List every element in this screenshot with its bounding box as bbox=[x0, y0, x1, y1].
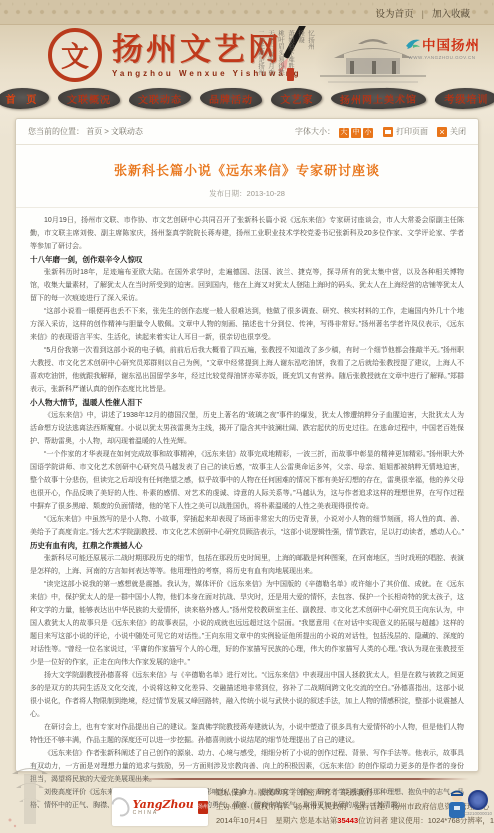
site-header: 文 扬州文艺网 Yangzhou Wenxue Yishuwang 忆扬州徐凝萧… bbox=[0, 24, 494, 88]
visitor-prefix: 您是本站第 bbox=[300, 816, 338, 825]
topbar-links: 设为首页|加入收藏 bbox=[372, 6, 475, 20]
pagoda-ink-sketch-icon bbox=[2, 754, 58, 832]
poem-column-2: 徐凝 bbox=[296, 30, 305, 92]
add-favorite-link[interactable]: 加入收藏 bbox=[432, 9, 470, 20]
yangzhou-china-logo-text: YangZhou CHINA bbox=[133, 799, 194, 816]
china-yangzhou-url: WWW.YANGZHOU.GOV.CN bbox=[404, 55, 480, 60]
page: 设为首页|加入收藏 文 扬州文艺网 Yangzhou Wenxue Yishuw… bbox=[0, 0, 494, 833]
footer-link-4[interactable]: 联系我们 bbox=[342, 788, 372, 797]
close-button[interactable]: 关闭 bbox=[450, 119, 466, 144]
article-paragraph-11: 张新科尽可能还原展示二战时期那段历史的细节，包括在那段历史时间里，上海的邮戳是何… bbox=[30, 552, 464, 578]
location-label: 您当前的位置： bbox=[28, 127, 84, 136]
security-badge[interactable]: C3210000010 bbox=[464, 790, 492, 816]
footer-org: 主办单位（版权所有）：扬州市人民政府 bbox=[216, 802, 347, 811]
article-paragraph-8: “一个作家的才华表现在如何完成故事和故事精神，《远东来信》故事完成地精彩，一波三… bbox=[30, 448, 464, 513]
font-size-button-3[interactable]: 小 bbox=[363, 128, 373, 138]
yangzhou-logo-word: YangZhou bbox=[133, 799, 194, 810]
section-heading-6: 小人物大情节，温暖人性催人泪下 bbox=[30, 396, 464, 409]
yangzhou-china-logo: YangZhou CHINA 扬州 bbox=[112, 788, 208, 826]
section-heading-2: 十八年磨一剑，创作艰辛令人惊叹 bbox=[30, 253, 464, 266]
breadcrumb: 您当前的位置： 首页>文联动态 bbox=[28, 119, 143, 144]
footer-org-line: 主办单位（版权所有）：扬州市人民政府 运行管理：扬州市政府信息资源管理中心 苏I… bbox=[216, 800, 442, 814]
logo-seal-icon: 文 bbox=[48, 28, 102, 82]
breadcrumb-separator: > bbox=[104, 127, 109, 136]
poem-column-6: 二分无赖是扬州 bbox=[256, 30, 265, 92]
main-nav: 首 页文联概况文联动态品牌活动文艺家扬州网上美术馆考级培训 bbox=[0, 88, 494, 109]
security-badge-icon bbox=[468, 790, 488, 810]
publish-date: 发布日期：2013-10-28 bbox=[16, 188, 478, 208]
china-yangzhou-row: 中国扬州 bbox=[404, 34, 480, 54]
logo-seal-character: 文 bbox=[61, 35, 89, 75]
visitor-counter: 35443 bbox=[337, 816, 358, 825]
article-paragraph-14: 在研讨会上，也有专家对作品提出自己的建议。鉴真佛学院教授蒋寿建就认为，小说中塑造… bbox=[30, 721, 464, 747]
swallow-bridge-icon bbox=[404, 36, 422, 52]
poem-calligraphy: 忆扬州徐凝萧娘脸下难胜泪桃叶眉头易得愁天下三分明月夜二分无赖是扬州 bbox=[255, 30, 316, 92]
china-yangzhou-logo[interactable]: 中国扬州 WWW.YANGZHOU.GOV.CN bbox=[404, 34, 480, 60]
footer-link-3[interactable]: 保密声明 bbox=[300, 788, 330, 797]
footer-date: 2014年10月4日 星期六 bbox=[216, 816, 298, 825]
poem-column-4: 桃叶眉头易得愁 bbox=[276, 30, 285, 92]
font-size-button-1[interactable]: 大 bbox=[339, 128, 349, 138]
print-page-button[interactable]: 打印页面 bbox=[396, 119, 428, 144]
article-title: 张新科长篇小说《远东来信》专家研讨座谈 bbox=[16, 160, 478, 179]
nav-item-2[interactable]: 文联概况 bbox=[58, 88, 120, 109]
font-size-buttons: 大中小 bbox=[338, 119, 374, 144]
footer-link-separator: | bbox=[335, 788, 337, 797]
article-paragraph-7: 《远东来信》中，讲述了1938年12月的德国汉堡，历史上著名的“玻璃之夜”事件的… bbox=[30, 409, 464, 448]
close-icon[interactable] bbox=[437, 127, 447, 137]
nav-item-6[interactable]: 扬州网上美术馆 bbox=[331, 88, 426, 110]
poem-seal-stamp bbox=[287, 68, 294, 81]
article-paragraph-9: “《远东来信》中虽然写的是小人物、小故事，穿插起来却表现了场面非常宏大的历史背景… bbox=[30, 513, 464, 539]
print-icon[interactable] bbox=[383, 127, 393, 137]
article-paragraph-1: 10月19日，扬州市文联、市作协、市文艺创研中心共同召开了张新科长篇小说《远东来… bbox=[30, 214, 464, 253]
footer-link-1[interactable]: 隐私保护 bbox=[216, 788, 246, 797]
toolbar-row: 您当前的位置： 首页>文联动态 字体大小： 大中小 打印页面 关闭 bbox=[16, 119, 478, 145]
breadcrumb-links: 首页>文联动态 bbox=[86, 127, 143, 136]
font-size-button-2[interactable]: 中 bbox=[351, 128, 361, 138]
yangzhou-seal-icon: 扬州 bbox=[198, 801, 208, 814]
section-heading-10: 历史有血有肉，扛鼎之作震撼人心 bbox=[30, 539, 464, 552]
footer: YangZhou CHINA 扬州 隐私保护|版权声明|保密声明|联系我们 主办… bbox=[0, 784, 494, 833]
swirl-icon bbox=[108, 794, 133, 820]
article-body: 10月19日，扬州市文联、市作协、市文艺创研中心共同召开了张新科长篇小说《远东来… bbox=[16, 208, 478, 812]
article-paragraph-13: 扬大文学院副教授孙德喜将《远东来信》与《辛德勒名单》进行对比。“《远东来信》中表… bbox=[30, 669, 464, 721]
article-paragraph-12: “读完这部小说我的第一感想就是震撼。我认为，媒体评价《远东来信》为中国版的《辛德… bbox=[30, 578, 464, 669]
footer-text: 隐私保护|版权声明|保密声明|联系我们 主办单位（版权所有）：扬州市人民政府 运… bbox=[216, 786, 442, 828]
set-home-link[interactable]: 设为首页 bbox=[376, 9, 414, 20]
topbar-separator: | bbox=[422, 9, 424, 20]
nav-item-7[interactable]: 考级培训 bbox=[435, 88, 494, 109]
poem-column-3: 萧娘脸下难胜泪 bbox=[286, 30, 295, 92]
content-panel: 您当前的位置： 首页>文联动态 字体大小： 大中小 打印页面 关闭 张新科长篇小… bbox=[15, 118, 479, 772]
footer-link-2[interactable]: 版权声明 bbox=[258, 788, 288, 797]
visitor-suffix: 位访问者 bbox=[358, 816, 388, 825]
article-paragraph-4: “这部小说看一眼便再也丢不下来，张先生的创作态度一般人很难达到，他做了很多调查、… bbox=[30, 305, 464, 344]
footer-advise: 建议使用：1024*768分辨率，16位以上颜色 bbox=[390, 816, 494, 825]
security-badge-code: C3210000010 bbox=[464, 811, 492, 816]
nav-item-5[interactable]: 文艺家 bbox=[271, 88, 322, 109]
breadcrumb-item-2[interactable]: 文联动态 bbox=[111, 127, 143, 136]
page-tools: 字体大小： 大中小 打印页面 关闭 bbox=[295, 119, 466, 144]
font-size-label: 字体大小： bbox=[295, 119, 335, 144]
nav-item-3[interactable]: 文联动态 bbox=[129, 88, 191, 110]
poem-column-5: 天下三分明月夜 bbox=[266, 30, 275, 92]
footer-link-separator: | bbox=[251, 788, 253, 797]
china-yangzhou-title: 中国扬州 bbox=[422, 34, 480, 54]
footer-divider bbox=[130, 778, 469, 780]
article-paragraph-5: “5月份我第一次看到这部小说的电子稿，前前后后我大概看了四五遍，张教授不知道改了… bbox=[30, 344, 464, 396]
nav-item-4[interactable]: 品牌活动 bbox=[200, 88, 262, 109]
breadcrumb-item-1[interactable]: 首页 bbox=[86, 127, 102, 136]
footer-link-separator: | bbox=[293, 788, 295, 797]
footer-links: 隐私保护|版权声明|保密声明|联系我们 bbox=[216, 786, 442, 800]
nav-item-1[interactable]: 首 页 bbox=[0, 88, 49, 109]
article-paragraph-3: 张新科历时18年，足迹遍布亚欧大陆。在国外求学时，走遍德国、法国、波兰、捷克等，… bbox=[30, 266, 464, 305]
footer-visit-line: 2014年10月4日 星期六 您是本站第35443位访问者 建议使用：1024*… bbox=[216, 814, 442, 828]
article-paragraph-15: 《远东来信》作者张新科阐述了自己创作的源泉、动力、心境与感受，细细分析了小说的创… bbox=[30, 747, 464, 786]
